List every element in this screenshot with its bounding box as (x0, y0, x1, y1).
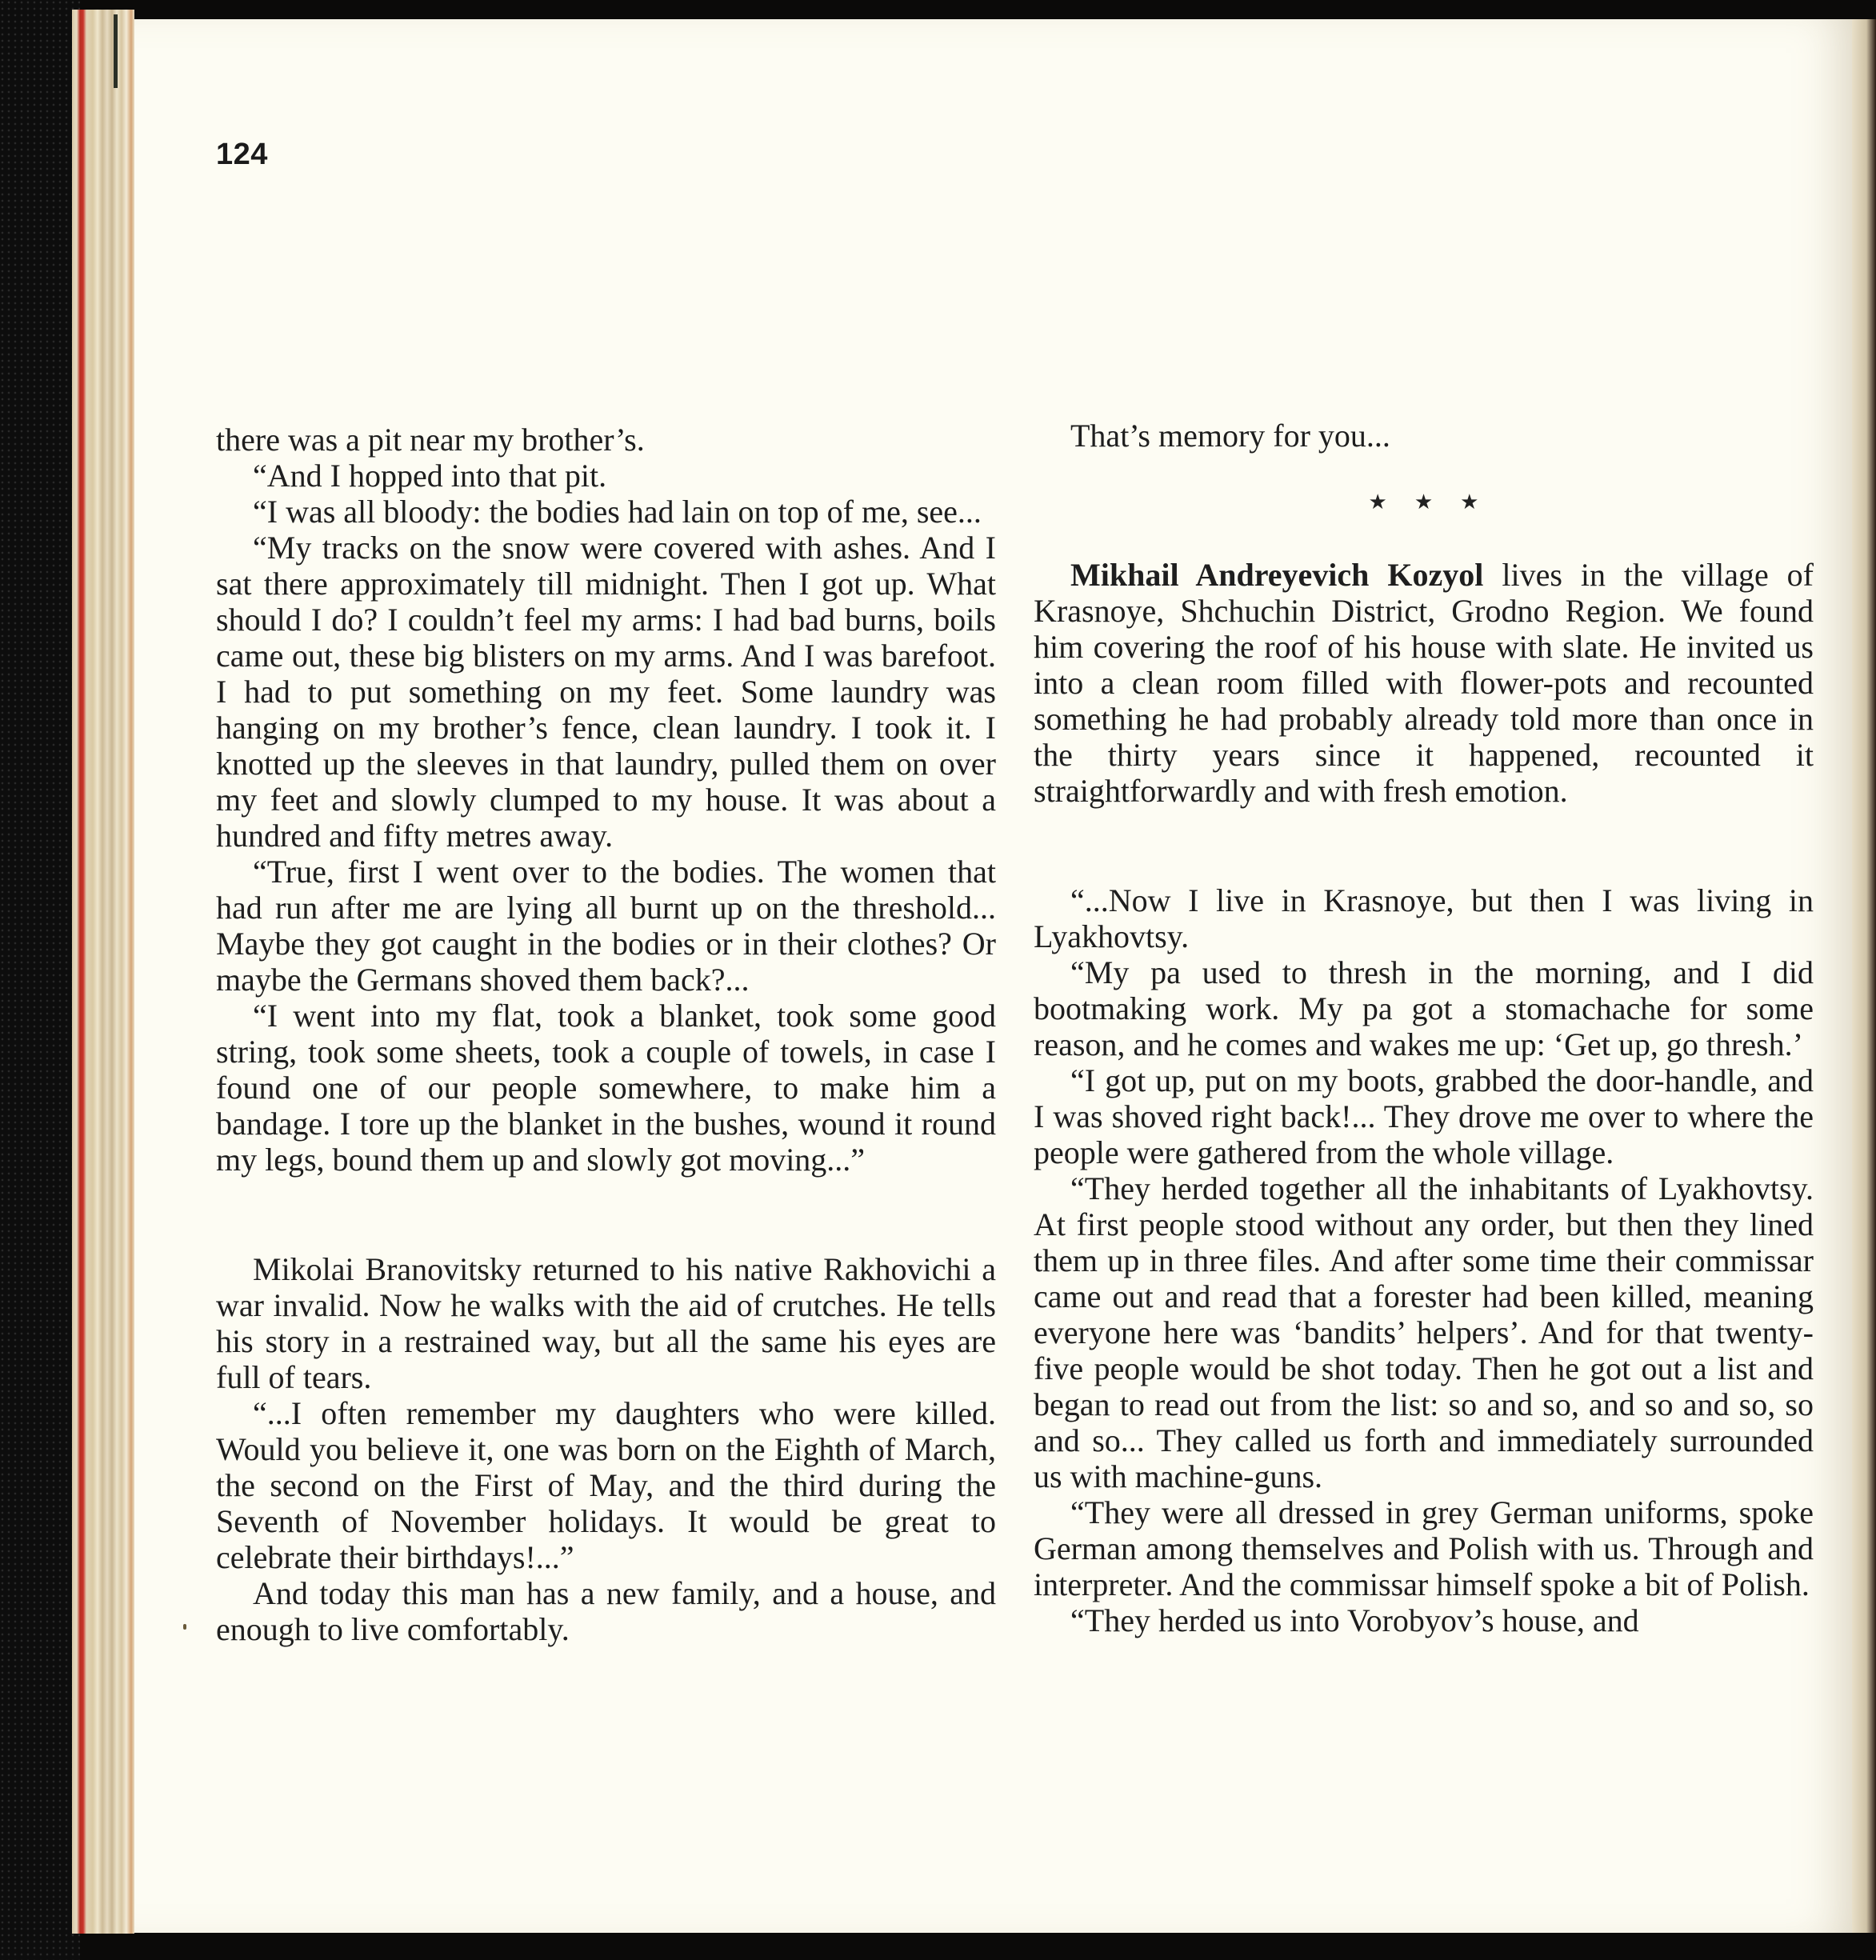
bookmark-ribbon (114, 14, 118, 88)
paragraph: “I was all bloody: the bodies had lain o… (216, 494, 996, 530)
paragraph: That’s memory for you... (1034, 418, 1814, 454)
page-number: 124 (216, 138, 268, 172)
paragraph: “True, first I went over to the bodies. … (216, 854, 996, 998)
paragraph: Mikolai Branovitsky returned to his nati… (216, 1251, 996, 1395)
paragraph: there was a pit near my brother’s. (216, 422, 996, 458)
section-separator-stars: ★★★ (1034, 484, 1814, 520)
paragraph: “They were all dressed in grey German un… (1034, 1494, 1814, 1602)
section-gap (216, 1178, 996, 1251)
paragraph: And today this man has a new family, and… (216, 1575, 996, 1647)
paragraph: “...Now I live in Krasnoye, but then I w… (1034, 882, 1814, 954)
ink-speck (183, 1624, 186, 1630)
left-column: there was a pit near my brother’s. “And … (216, 422, 996, 1647)
paragraph: “My pa used to thresh in the morning, an… (1034, 954, 1814, 1062)
paragraph: “They herded us into Vorobyov’s house, a… (1034, 1602, 1814, 1638)
page-gutter-edge (1852, 19, 1876, 1933)
paragraph: “...I often remember my daughters who we… (216, 1395, 996, 1575)
paragraph: “My tracks on the snow were covered with… (216, 530, 996, 854)
paragraph: “And I hopped into that pit. (216, 458, 996, 494)
intro-text: lives in the vil­lage of Krasnoye, Shchu… (1034, 557, 1814, 809)
subject-name: Mikhail Andreyevich Kozyol (1070, 557, 1483, 593)
paragraph: “I got up, put on my boots, grabbed the … (1034, 1062, 1814, 1170)
section-gap (1034, 809, 1814, 882)
paragraph: “They herded together all the inhabitant… (1034, 1170, 1814, 1494)
page-edges-stack (72, 10, 134, 1934)
book-cover-cloth (0, 0, 80, 1960)
right-column: That’s memory for you... ★★★ Mikhail And… (1034, 418, 1814, 1638)
paragraph: “I went into my flat, took a blanket, to… (216, 998, 996, 1178)
intro-paragraph: Mikhail Andreyevich Kozyol lives in the … (1034, 557, 1814, 809)
